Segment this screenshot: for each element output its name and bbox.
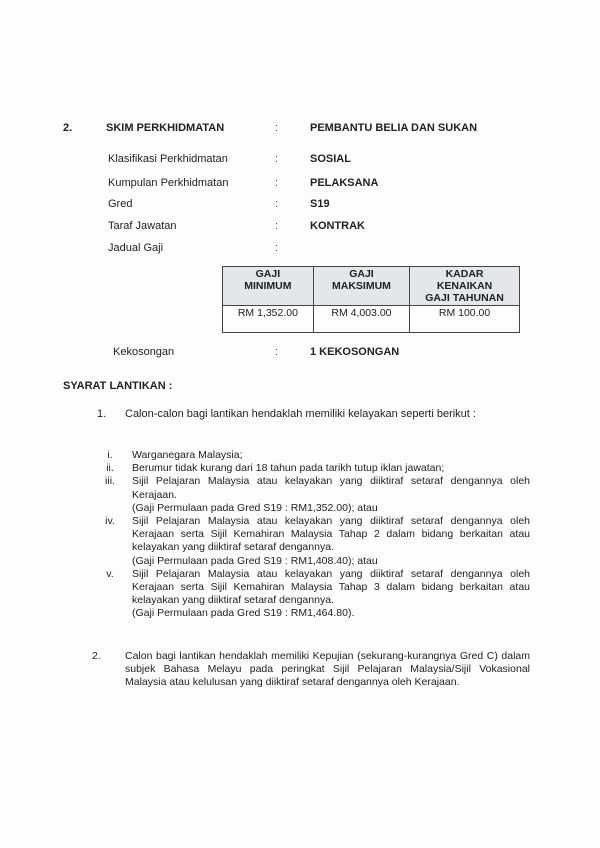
field-value-gred: S19	[310, 198, 330, 210]
requirements-heading: SYARAT LANTIKAN :	[63, 380, 172, 392]
qualification-list: i. Warganegara Malaysia; ii. Berumur tid…	[100, 449, 530, 621]
cell-gaji-minimum: RM 1,352.00	[223, 306, 314, 333]
header-gaji-minimum: GAJI MINIMUM	[223, 267, 314, 306]
scheme-name: PEMBANTU BELIA DAN SUKAN	[310, 122, 477, 134]
colon: :	[275, 220, 278, 232]
colon: :	[275, 346, 278, 358]
colon: :	[275, 122, 278, 134]
list-item-text: Sijil Pelajaran Malaysia atau kelayakan …	[132, 475, 530, 501]
list-marker: iii.	[100, 475, 120, 488]
header-line: KENAIKAN	[412, 280, 517, 292]
field-value-kumpulan: PELAKSANA	[310, 177, 378, 189]
field-label-kumpulan: Kumpulan Perkhidmatan	[108, 177, 228, 189]
field-label-taraf: Taraf Jawatan	[108, 220, 176, 232]
section-label: SKIM PERKHIDMATAN	[106, 122, 224, 134]
field-value-klasifikasi: SOSIAL	[310, 153, 351, 165]
requirement-text: Calon-calon bagi lantikan hendaklah memi…	[125, 408, 476, 420]
vacancy-value: 1 KEKOSONGAN	[310, 346, 399, 358]
header-line: MAKSIMUM	[316, 280, 407, 292]
vacancy-label: Kekosongan	[113, 346, 174, 358]
colon: :	[275, 242, 278, 254]
list-marker: i.	[100, 449, 120, 462]
list-item-salary-note: (Gaji Permulaan pada Gred S19 : RM1,352.…	[132, 502, 530, 515]
header-kadar-kenaikan: KADAR KENAIKAN GAJI TAHUNAN	[410, 267, 520, 306]
header-line: KADAR	[412, 268, 517, 280]
cell-kadar-kenaikan: RM 100.00	[410, 306, 520, 333]
colon: :	[275, 198, 278, 210]
list-item-salary-note: (Gaji Permulaan pada Gred S19 : RM1,408.…	[132, 555, 530, 568]
list-item: iii. Sijil Pelajaran Malaysia atau kelay…	[100, 475, 530, 515]
header-line: GAJI	[316, 268, 407, 280]
list-marker: v.	[100, 568, 120, 581]
list-item: ii. Berumur tidak kurang dari 18 tahun p…	[100, 462, 530, 475]
requirement-text: Calon bagi lantikan hendaklah memiliki K…	[125, 650, 530, 690]
field-label-jadual-gaji: Jadual Gaji	[108, 242, 163, 254]
list-item: iv. Sijil Pelajaran Malaysia atau kelaya…	[100, 515, 530, 568]
header-line: GAJI	[225, 268, 311, 280]
field-label-gred: Gred	[108, 198, 132, 210]
colon: :	[275, 153, 278, 165]
list-item-text: Sijil Pelajaran Malaysia atau kelayakan …	[132, 568, 530, 608]
salary-table: GAJI MINIMUM GAJI MAKSIMUM KADAR KENAIKA…	[222, 266, 520, 333]
requirement-number: 2.	[92, 650, 101, 663]
list-item: i. Warganegara Malaysia;	[100, 449, 530, 462]
list-item-salary-note: (Gaji Permulaan pada Gred S19 : RM1,464.…	[132, 607, 530, 620]
list-item-text: Berumur tidak kurang dari 18 tahun pada …	[132, 462, 530, 475]
list-marker: ii.	[100, 462, 120, 475]
table-row: RM 1,352.00 RM 4,003.00 RM 100.00	[223, 306, 520, 333]
table-header-row: GAJI MINIMUM GAJI MAKSIMUM KADAR KENAIKA…	[223, 267, 520, 306]
list-item-text: Warganegara Malaysia;	[132, 449, 530, 462]
field-value-taraf: KONTRAK	[310, 220, 365, 232]
section-number: 2.	[63, 122, 72, 134]
document-page: 2. SKIM PERKHIDMATAN : PEMBANTU BELIA DA…	[0, 0, 600, 848]
header-gaji-maksimum: GAJI MAKSIMUM	[313, 267, 409, 306]
field-label-klasifikasi: Klasifikasi Perkhidmatan	[108, 153, 228, 165]
list-item-text: Sijil Pelajaran Malaysia atau kelayakan …	[132, 515, 530, 555]
cell-gaji-maksimum: RM 4,003.00	[313, 306, 409, 333]
requirement-number: 1.	[97, 408, 106, 420]
list-marker: iv.	[100, 515, 120, 528]
list-item: v. Sijil Pelajaran Malaysia atau kelayak…	[100, 568, 530, 621]
header-line: GAJI TAHUNAN	[412, 292, 517, 304]
header-line: MINIMUM	[225, 280, 311, 292]
colon: :	[275, 177, 278, 189]
